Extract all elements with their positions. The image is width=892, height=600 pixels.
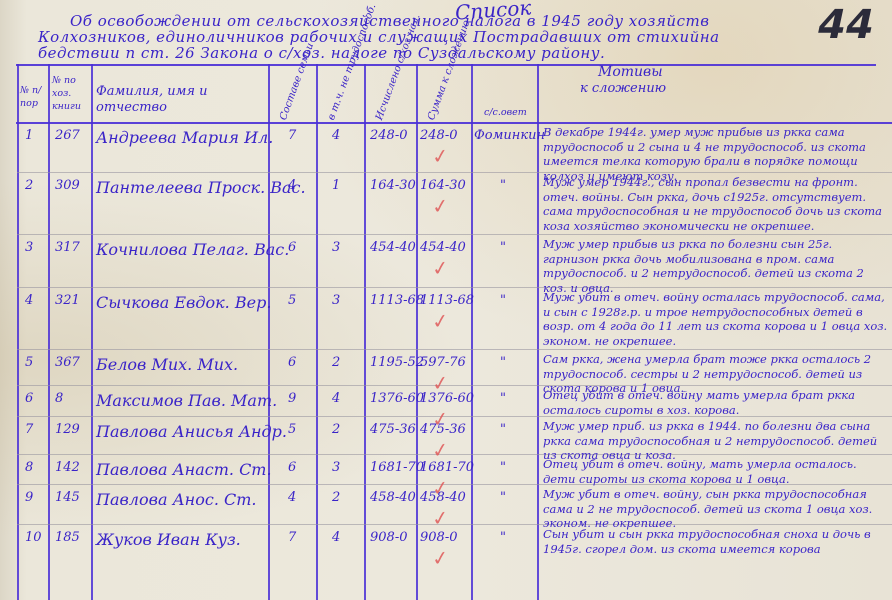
cell-motive: Муж умер прибыв из ркка по болезни сын 2… <box>543 237 888 295</box>
cell-council: " <box>500 460 506 475</box>
approval-check-icon: ✓ <box>430 545 450 571</box>
col-header-council: с/с.овет <box>484 106 527 119</box>
cell-family: 5 <box>288 422 296 437</box>
cell-dependents: 3 <box>332 240 340 255</box>
cell-council: " <box>500 391 506 406</box>
cell-family: 4 <box>288 490 296 505</box>
cell-book: 142 <box>55 460 80 475</box>
cell-name: Павлова Анаст. Ст. <box>96 460 272 479</box>
cell-motive: Муж умер 1944г., сын пропал безвести на … <box>543 175 888 233</box>
approval-check-icon: ✓ <box>430 505 450 531</box>
cell-council: " <box>500 355 506 370</box>
cell-exempt: 475-36 <box>420 422 466 437</box>
cell-num: 2 <box>25 178 33 193</box>
col-header-motive: Мотивы <box>598 66 663 79</box>
col-header-name: Фамилия, имя и отчество <box>96 84 256 116</box>
cell-book: 129 <box>55 422 80 437</box>
cell-book: 367 <box>55 355 80 370</box>
cell-charged: 454-40 <box>370 240 416 255</box>
cell-dependents: 4 <box>332 128 340 143</box>
cell-charged: 1681-70 <box>370 460 424 475</box>
cell-dependents: 1 <box>332 178 340 193</box>
cell-family: 7 <box>288 530 296 545</box>
cell-exempt: 1376-60 <box>420 391 474 406</box>
cell-name: Сычкова Евдок. Вер. <box>96 293 271 312</box>
cell-charged: 1195-52 <box>370 355 424 370</box>
cell-council: " <box>500 293 506 308</box>
cell-dependents: 3 <box>332 460 340 475</box>
cell-council: " <box>500 422 506 437</box>
cell-book: 8 <box>55 391 63 406</box>
cell-exempt: 908-0 <box>420 530 457 545</box>
cell-book: 185 <box>55 530 80 545</box>
cell-num: 8 <box>25 460 33 475</box>
col-header-motive-sub: к сложению <box>580 82 666 95</box>
cell-family: 6 <box>288 240 296 255</box>
scanned-document-page: Список 44 Об освобождении от сельскохозя… <box>0 0 892 600</box>
cell-name: Пантелеева Проск. Вас. <box>96 178 306 197</box>
cell-council: " <box>500 530 506 545</box>
col-border <box>17 64 19 600</box>
approval-check-icon: ✓ <box>430 143 450 169</box>
cell-book: 309 <box>55 178 80 193</box>
cell-book: 267 <box>55 128 80 143</box>
approval-check-icon: ✓ <box>430 255 450 281</box>
cell-family: 7 <box>288 128 296 143</box>
cell-charged: 458-40 <box>370 490 416 505</box>
row-divider <box>17 349 892 350</box>
col-border <box>364 64 366 600</box>
cell-motive: Муж убит в отеч. войну осталась трудоспо… <box>543 290 888 348</box>
cell-num: 1 <box>25 128 33 143</box>
cell-council: " <box>500 240 506 255</box>
cell-book: 317 <box>55 240 80 255</box>
approval-check-icon: ✓ <box>430 308 450 334</box>
archive-number: 44 <box>813 2 878 48</box>
cell-exempt: 1681-70 <box>420 460 474 475</box>
cell-charged: 248-0 <box>370 128 407 143</box>
cell-charged: 908-0 <box>370 530 407 545</box>
cell-name: Павлова Анос. Ст. <box>96 490 256 509</box>
cell-charged: 164-30 <box>370 178 416 193</box>
cell-family: 6 <box>288 355 296 370</box>
cell-dependents: 2 <box>332 490 340 505</box>
cell-exempt: 458-40 <box>420 490 466 505</box>
cell-family: 5 <box>288 293 296 308</box>
cell-motive: Сын убит и сын ркка трудоспособная сноха… <box>543 527 888 556</box>
cell-family: 4 <box>288 178 296 193</box>
cell-charged: 475-36 <box>370 422 416 437</box>
cell-num: 5 <box>25 355 33 370</box>
approval-check-icon: ✓ <box>430 193 450 219</box>
cell-exempt: 248-0 <box>420 128 457 143</box>
cell-motive: Муж умер приб. из ркка в 1944. по болезн… <box>543 419 888 463</box>
cell-name: Андреева Мария Ил. <box>96 128 273 147</box>
cell-family: 6 <box>288 460 296 475</box>
cell-book: 145 <box>55 490 80 505</box>
row-divider <box>17 234 892 235</box>
cell-dependents: 3 <box>332 293 340 308</box>
cell-name: Белов Мих. Мих. <box>96 355 238 374</box>
cell-num: 9 <box>25 490 33 505</box>
cell-council: " <box>500 490 506 505</box>
col-border <box>48 64 50 600</box>
cell-num: 10 <box>25 530 42 545</box>
cell-charged: 1376-60 <box>370 391 424 406</box>
cell-dependents: 4 <box>332 391 340 406</box>
col-header-book: № по хоз. книги <box>52 74 90 113</box>
cell-exempt: 597-76 <box>420 355 466 370</box>
cell-name: Максимов Пав. Мат. <box>96 391 277 410</box>
cell-name: Павлова Анисья Андр. <box>96 422 287 441</box>
cell-motive: Отец убит в отеч. войну мать умерла брат… <box>543 388 888 417</box>
cell-book: 321 <box>55 293 80 308</box>
cell-charged: 1113-68 <box>370 293 424 308</box>
cell-name: Кочнилова Пелаг. Вас. <box>96 240 289 259</box>
cell-family: 9 <box>288 391 296 406</box>
col-border <box>316 64 318 600</box>
cell-num: 6 <box>25 391 33 406</box>
cell-num: 4 <box>25 293 33 308</box>
col-border <box>416 64 418 600</box>
cell-motive: Отец убит в отеч. войну, мать умерла ост… <box>543 457 888 486</box>
header-bottom-border <box>16 122 892 124</box>
cell-name: Жуков Иван Куз. <box>96 530 241 549</box>
cell-council: " <box>500 178 506 193</box>
cell-dependents: 2 <box>332 355 340 370</box>
cell-dependents: 2 <box>332 422 340 437</box>
col-header-num: № п/пор <box>20 84 50 110</box>
cell-num: 7 <box>25 422 33 437</box>
cell-num: 3 <box>25 240 33 255</box>
cell-exempt: 164-30 <box>420 178 466 193</box>
col-border <box>91 64 93 600</box>
cell-exempt: 1113-68 <box>420 293 474 308</box>
cell-motive: Муж убит в отеч. войну, сын ркка трудосп… <box>543 487 888 531</box>
title-line-3: бедствии п ст. 26 Закона о с/хоз. налоге… <box>38 44 605 62</box>
cell-council: Фоминкин <box>474 128 545 143</box>
cell-exempt: 454-40 <box>420 240 466 255</box>
col-border <box>471 64 473 600</box>
cell-dependents: 4 <box>332 530 340 545</box>
col-border <box>537 64 539 600</box>
